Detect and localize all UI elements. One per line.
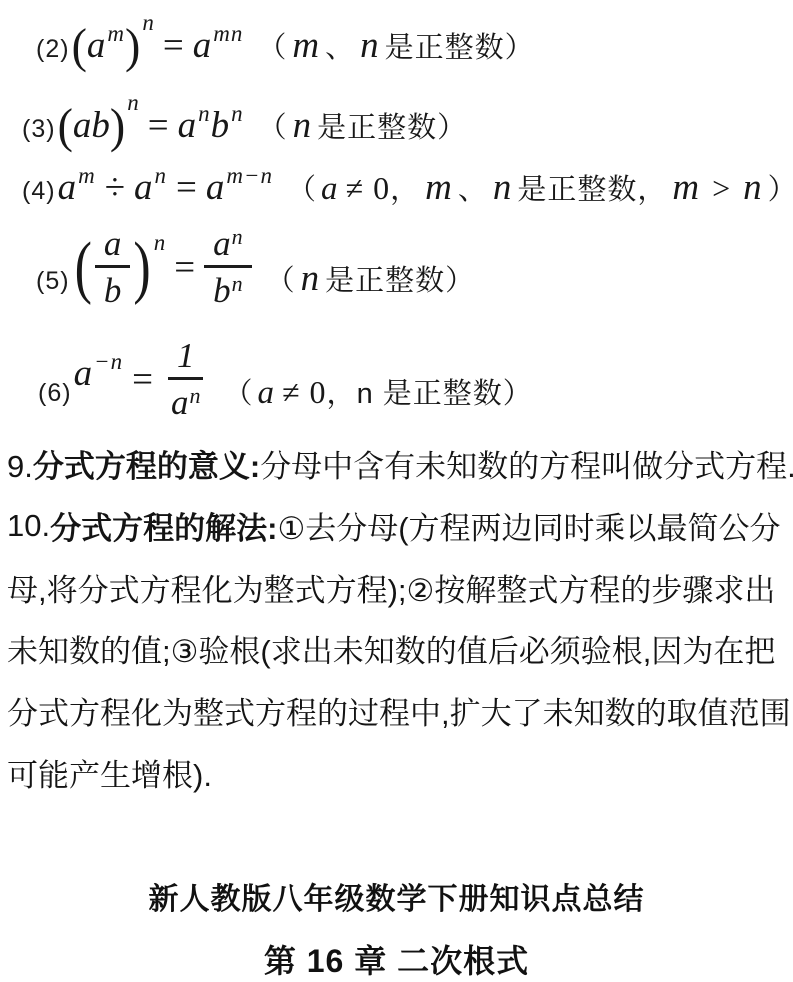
formula-condition: （n是正整数） [258, 112, 468, 144]
equals-sign: = [123, 358, 162, 401]
numerator: a [95, 226, 131, 268]
formula-condition: （n是正整数） [266, 257, 476, 300]
open-paren: ( [72, 18, 87, 74]
math-var: b [213, 271, 231, 310]
separator: 、 [458, 174, 488, 206]
fraction: 1an [162, 338, 210, 420]
math-expression: am÷an=am−n [58, 167, 273, 208]
math-var: a [317, 171, 339, 207]
math-var: ab [73, 105, 110, 146]
math-var: a [58, 167, 77, 208]
equals-sign: = [154, 25, 193, 66]
math-superscript: n [232, 271, 243, 296]
math-var: n [296, 258, 326, 299]
paragraph-body: ①去分母(方程两边同时乘以最简公分 [277, 503, 780, 548]
condition-text: 是正整数） [325, 265, 475, 297]
math-var: a [87, 25, 106, 66]
formula-condition: （a≠ 0，m、n是正整数，m>n） [287, 174, 793, 206]
equals-sign: = [165, 246, 204, 289]
math-superscript: n [198, 101, 211, 126]
text-line: 分式方程化为整式方程的过程中,扩大了未知数的取值范围, [7, 680, 793, 742]
math-var: n [355, 25, 385, 66]
denominator: b [95, 268, 131, 308]
formula-number: (5) [36, 267, 70, 296]
formula-number: (2) [36, 35, 70, 63]
text-line: 未知数的值;③验根(求出未知数的值后必须验根,因为在把 [7, 618, 793, 680]
numerator: 1 [168, 338, 204, 380]
math-var: a [171, 383, 189, 422]
math-superscript: n [231, 101, 244, 126]
math-var: m [420, 167, 458, 208]
math-var: a [193, 25, 212, 66]
item-number: 10. [7, 508, 50, 544]
formula-power-of-fraction: (5) ( ab ) n = anbn （n是正整数） [36, 226, 475, 308]
math-expression: a−n [74, 349, 124, 395]
math-var: a [134, 167, 153, 208]
close-paren: ) [133, 227, 150, 307]
cond-open-paren: （ [258, 112, 288, 144]
open-paren: ( [75, 227, 92, 307]
greater-than-sign: > [705, 170, 738, 206]
comma: ， [390, 174, 420, 206]
paragraph-body: 未知数的值;③验根(求出未知数的值后必须验根,因为在把 [7, 626, 775, 671]
math-superscript: n [154, 230, 166, 256]
chapter-heading: 第 16 章 二次根式 [0, 936, 793, 982]
math-expression: (am)n=amn [72, 25, 244, 66]
equals-sign: = [167, 167, 206, 208]
formula-condition: （a≠ 0，n 是正整数） [223, 371, 532, 412]
equals-sign: = [139, 105, 178, 146]
cond-open-paren: （ [257, 32, 287, 64]
formula-power-of-product: (3)(ab)n=anbn（n是正整数） [22, 90, 467, 152]
math-superscript: −n [94, 349, 123, 374]
math-var: n [288, 105, 318, 146]
fraction: ab [95, 226, 131, 308]
formula-negative-exponent: (6) a−n = 1an （a≠ 0，n 是正整数） [38, 338, 533, 420]
math-superscript: n [127, 90, 139, 115]
math-superscript: m−n [226, 163, 273, 188]
paragraph-body: 可能产生增根). [7, 750, 212, 795]
item-number: 9. [7, 449, 33, 484]
math-var: a [206, 167, 225, 208]
open-paren: ( [58, 98, 73, 154]
condition-text: 是正整数） [385, 32, 535, 64]
paragraph-heading: 分式方程的意义: [33, 449, 260, 484]
cond-open-paren: （ [266, 265, 296, 297]
math-var: b [211, 105, 230, 146]
math-var: n [488, 167, 518, 208]
math-var: a [213, 224, 231, 263]
cond-open-paren: （ [223, 378, 253, 410]
not-equal-zero: ≠ 0 [339, 170, 391, 206]
text-line: 可能产生增根). [7, 741, 793, 803]
paragraph-body: 分式方程化为整式方程的过程中,扩大了未知数的取值范围, [7, 688, 793, 733]
formula-number: (6) [38, 379, 72, 408]
text-line: 10.分式方程的解法:①去分母(方程两边同时乘以最简公分 [7, 495, 793, 557]
math-superscript: n [189, 383, 200, 408]
condition-text: n 是正整数） [357, 378, 533, 410]
formula-condition: （m、n是正整数） [257, 32, 534, 64]
close-paren: ) [125, 18, 140, 74]
paragraph-body: 分母中含有未知数的方程叫做分式方程. [260, 449, 793, 484]
comma: ， [637, 174, 667, 206]
separator: 、 [325, 32, 355, 64]
math-superscript: m [107, 21, 125, 46]
numerator: an [204, 226, 252, 268]
math-var: a [178, 105, 197, 146]
paragraph-heading: 分式方程的解法: [50, 503, 277, 548]
cond-close-paren: ） [768, 174, 793, 206]
math-var: m [667, 167, 705, 208]
math-superscript: n [142, 10, 154, 35]
formula-quotient-rule: (4)am÷an=am−n（a≠ 0，m、n是正整数，m>n） [22, 163, 793, 209]
cond-open-paren: （ [287, 174, 317, 206]
denominator: bn [204, 268, 252, 308]
paragraph-body: 母,将分式方程化为整式方程);②按解整式方程的步骤求出 [7, 565, 775, 610]
math-var: a [253, 375, 275, 411]
formula-number: (4) [22, 177, 56, 205]
not-equal-zero: ≠ 0 [275, 374, 327, 410]
math-superscript: n [232, 224, 243, 249]
math-superscript: mn [213, 21, 243, 46]
denominator: an [162, 380, 210, 420]
document-page: (2)(am)n=amn（m、n是正整数） (3)(ab)n=anbn（n是正整… [0, 0, 793, 982]
math-var: n [738, 167, 768, 208]
divide-sign: ÷ [96, 167, 134, 208]
condition-text: 是正整数 [517, 174, 637, 206]
math-var: a [74, 353, 93, 394]
paragraph-fractional-equation-solving: 10.分式方程的解法:①去分母(方程两边同时乘以最简公分 母,将分式方程化为整式… [7, 495, 793, 803]
condition-text: 是正整数） [317, 112, 467, 144]
close-paren: ) [110, 98, 125, 154]
formula-power-of-power: (2)(am)n=amn（m、n是正整数） [36, 10, 535, 72]
section-title: 新人教版八年级数学下册知识点总结 [0, 874, 793, 918]
math-expression: (ab)n=anbn [58, 105, 244, 146]
fraction: anbn [204, 226, 252, 308]
text-line: 母,将分式方程化为整式方程);②按解整式方程的步骤求出 [7, 557, 793, 619]
formula-number: (3) [22, 115, 56, 143]
paragraph-fractional-equation-meaning: 9.分式方程的意义:分母中含有未知数的方程叫做分式方程. [7, 441, 793, 486]
math-superscript: m [78, 163, 96, 188]
math-superscript: n [155, 163, 168, 188]
math-var: m [287, 25, 325, 66]
comma: ， [327, 378, 357, 410]
